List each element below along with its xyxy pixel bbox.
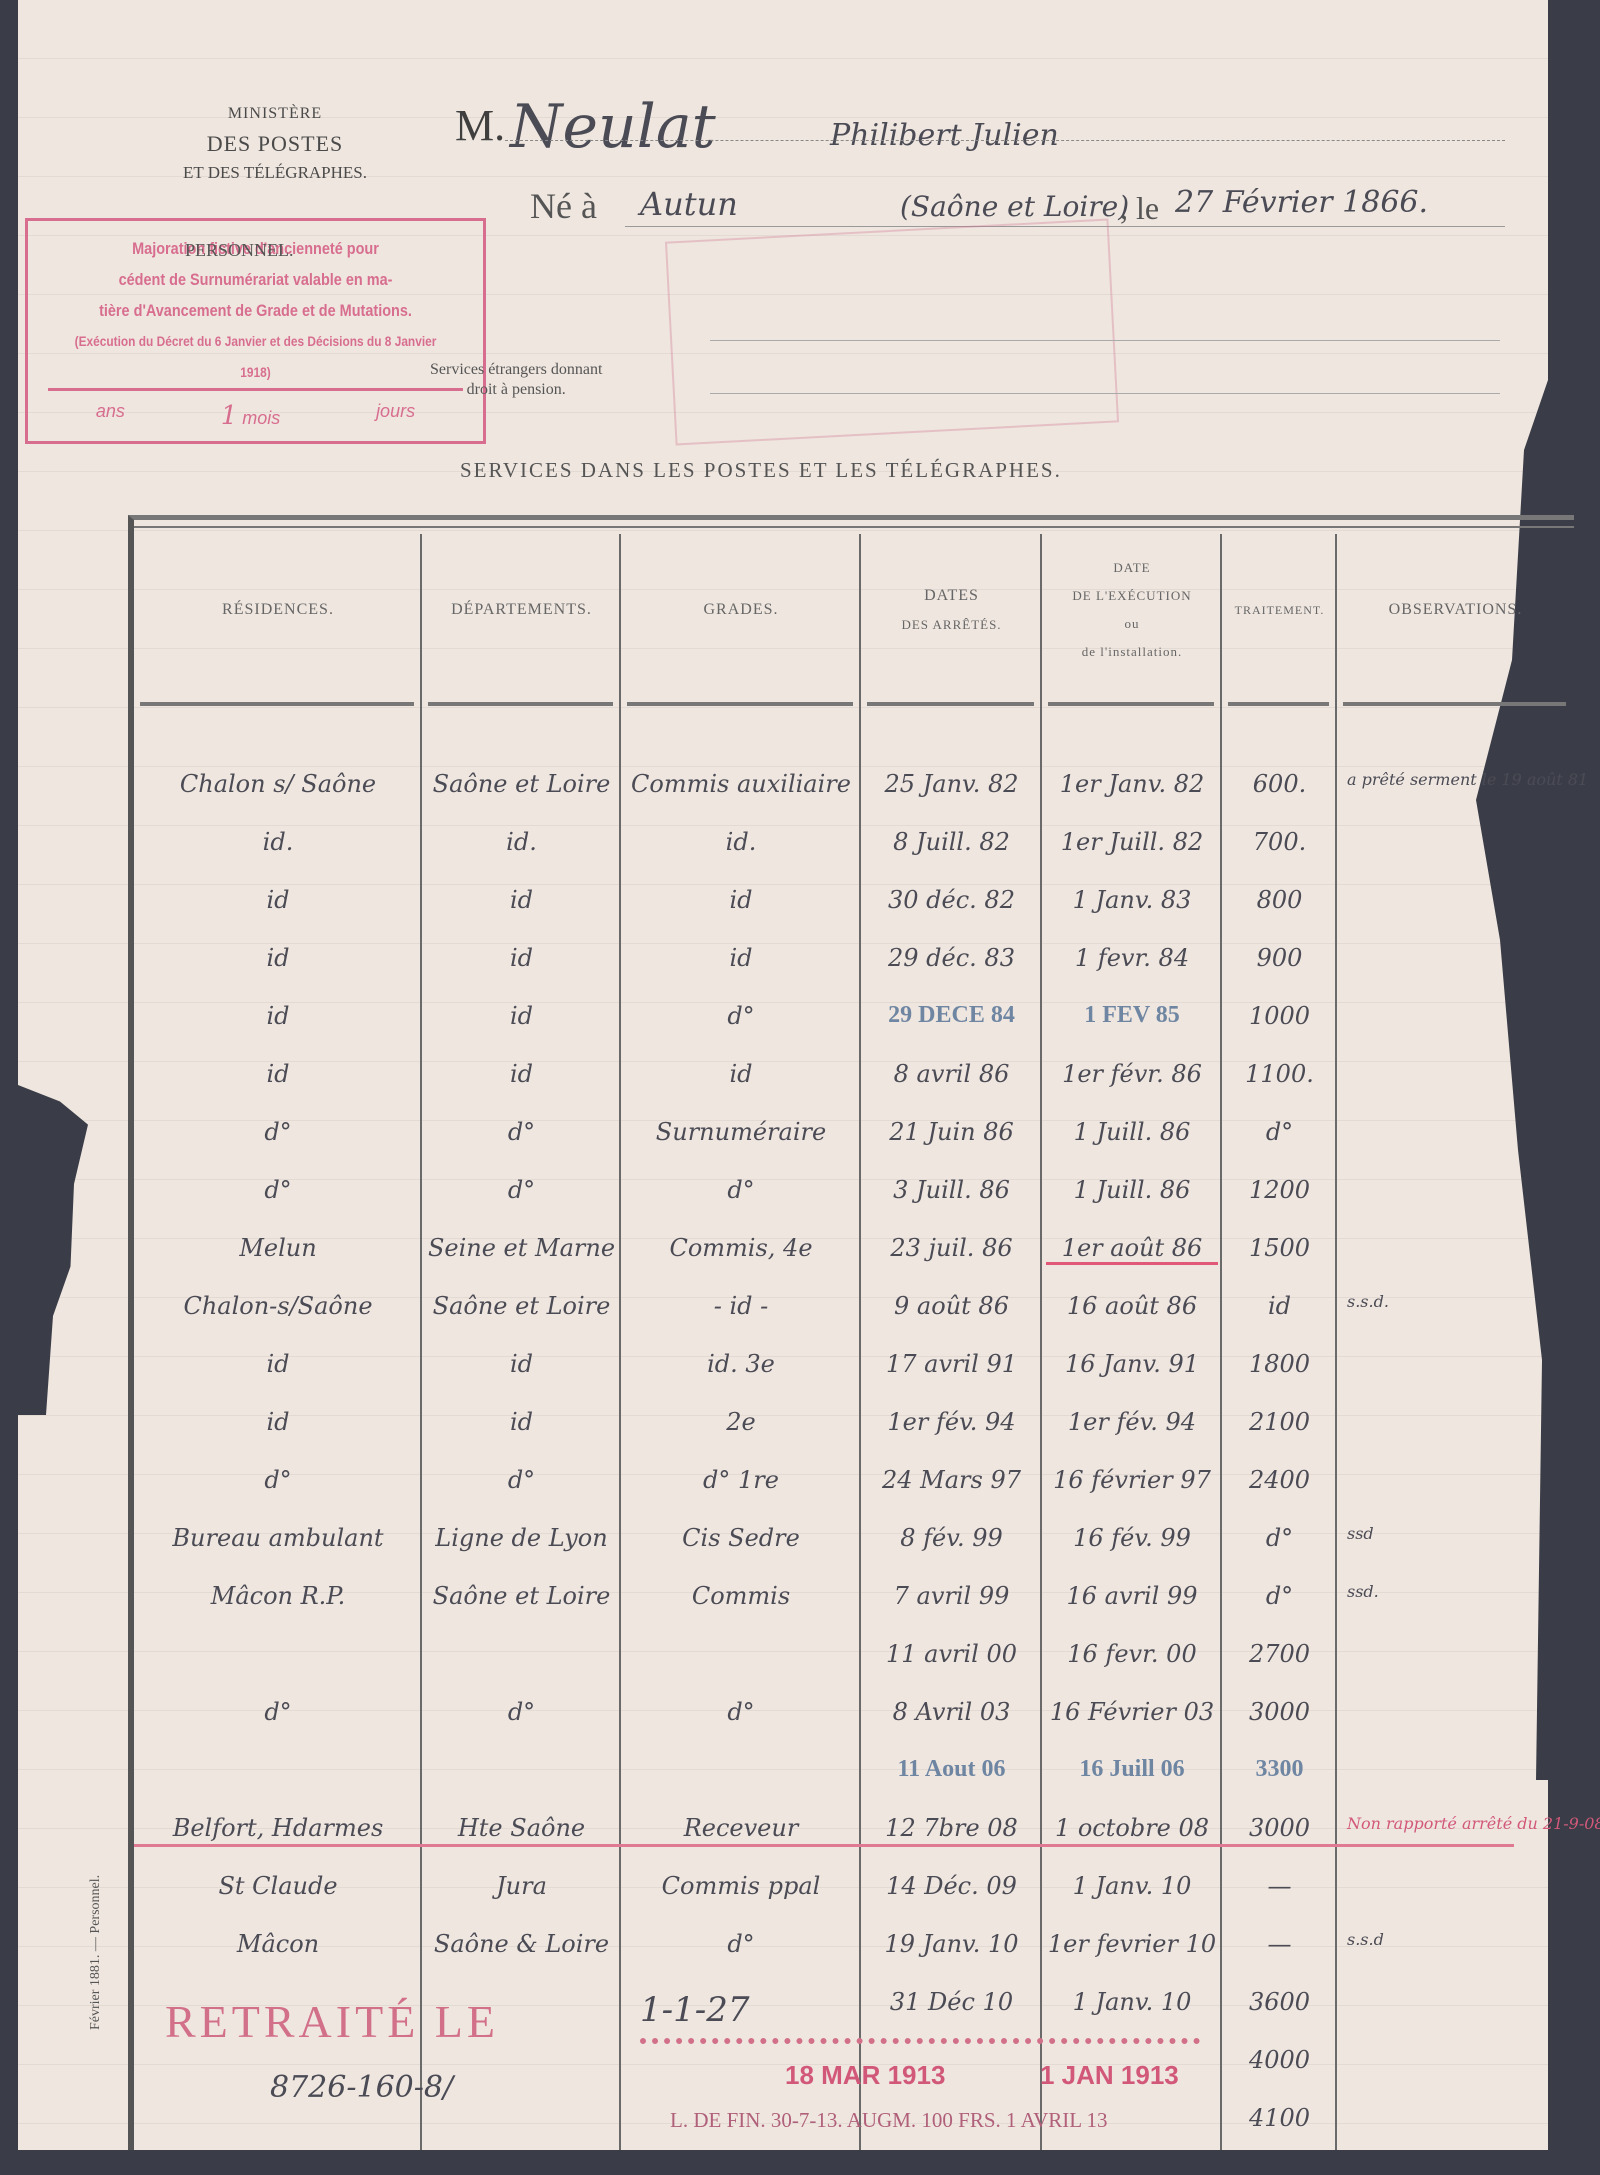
cell-grade: d°: [625, 1002, 857, 1030]
table-row: d°d°Surnuméraire21 Juin 861 Juill. 86d°: [134, 1118, 1574, 1168]
cell-traitement: 2700: [1226, 1640, 1333, 1668]
retraite-date: 1-1-27: [640, 1990, 750, 2030]
cell-date_execution: 1 Janv. 10: [1046, 1872, 1218, 1900]
cell-department: d°: [426, 1118, 617, 1146]
cell-date_arrete: 3 Juill. 86: [865, 1176, 1038, 1204]
cell-date_arrete: 24 Mars 97: [865, 1466, 1038, 1494]
retraite-dotted-line: [640, 2038, 1200, 2044]
cell-department: id: [426, 1060, 617, 1088]
table-row: Chalon s/ SaôneSaône et LoireCommis auxi…: [134, 770, 1574, 820]
cell-traitement: 4100: [1226, 2104, 1333, 2132]
cell-date_execution: 16 Janv. 91: [1046, 1350, 1218, 1378]
header-rule: [1048, 702, 1214, 706]
cell-date_arrete: 11 avril 00: [865, 1640, 1038, 1668]
cell-traitement: 1500: [1226, 1234, 1333, 1262]
cell-date_execution: 16 août 86: [1046, 1292, 1218, 1320]
cell-observations: s.s.d: [1347, 1930, 1576, 1949]
cell-department: id: [426, 1350, 617, 1378]
column-header-text: OBSERVATIONS.: [1389, 601, 1523, 619]
cell-observations: ssd.: [1347, 1582, 1576, 1601]
cell-department: Saône & Loire: [426, 1930, 617, 1958]
cell-date_execution: 1 Janv. 10: [1046, 1988, 1218, 2016]
finance-law-stamp: L. DE FIN. 30-7-13. AUGM. 100 FRS. 1 AVR…: [670, 2108, 1108, 2133]
cell-date_arrete: 23 juil. 86: [865, 1234, 1038, 1262]
cell-traitement: 700.: [1226, 828, 1333, 856]
cell-residence: Belfort, Hdarmes: [138, 1814, 418, 1842]
cell-residence: id: [138, 1350, 418, 1378]
column-header-text: DÉPARTEMENTS.: [451, 601, 592, 619]
cell-residence: id: [138, 1060, 418, 1088]
cell-residence: d°: [138, 1118, 418, 1146]
cell-date_execution: 1er fév. 94: [1046, 1408, 1218, 1436]
ministry-line-3: ET DES TÉLÉGRAPHES.: [140, 163, 410, 183]
cell-department: id: [426, 944, 617, 972]
cell-residence: d°: [138, 1698, 418, 1726]
cell-residence: id: [138, 944, 418, 972]
cell-grade: d°: [625, 1930, 857, 1958]
column-header-grade: GRADES.: [621, 520, 861, 700]
column-header-text: de l'installation.: [1082, 644, 1183, 660]
column-header-text: DATE: [1113, 560, 1150, 576]
cell-date_arrete: 29 DECE 84: [865, 1002, 1038, 1029]
birth-date: 27 Février 1866.: [1175, 185, 1428, 220]
cell-grade: Commis auxiliaire: [625, 770, 857, 798]
column-header-text: DES ARRÊTÉS.: [901, 617, 1001, 633]
cell-observations: s.s.d.: [1347, 1292, 1576, 1311]
cell-department: id: [426, 1002, 617, 1030]
cell-residence: d°: [138, 1466, 418, 1494]
cell-department: Hte Saône: [426, 1814, 617, 1842]
cell-traitement: —: [1226, 1872, 1333, 1900]
retraite-stamp: RETRAITÉ LE: [165, 1995, 499, 2048]
foreign-services-label: Services étrangers donnant droit à pensi…: [430, 360, 602, 400]
mois-label: mois: [242, 408, 280, 428]
cell-date_arrete: 11 Aout 06: [865, 1756, 1038, 1783]
cell-traitement: d°: [1226, 1582, 1333, 1610]
cell-residence: id: [138, 1002, 418, 1030]
cell-date_arrete: 30 déc. 82: [865, 886, 1038, 914]
cell-grade: id: [625, 1060, 857, 1088]
table-row: d°d°d°3 Juill. 861 Juill. 861200: [134, 1176, 1574, 1226]
cell-observations: a prêté serment le 19 août 81: [1347, 770, 1576, 789]
cell-date_execution: 1er Janv. 82: [1046, 770, 1218, 798]
cell-date_execution: 1er fevrier 10: [1046, 1930, 1218, 1958]
column-header-date_arrete: DATESDES ARRÊTÉS.: [861, 520, 1042, 700]
cell-traitement: 3300: [1226, 1756, 1333, 1783]
column-header-residence: RÉSIDENCES.: [134, 520, 422, 700]
cell-traitement: 1200: [1226, 1176, 1333, 1204]
table-row: Bureau ambulantLigne de LyonCis Sedre8 f…: [134, 1524, 1574, 1574]
column-header-department: DÉPARTEMENTS.: [422, 520, 621, 700]
stamp-durations: ans 1 mois jours: [48, 388, 463, 431]
ans-label: ans: [96, 401, 125, 431]
cell-grade: Commis ppal: [625, 1872, 857, 1900]
stamp-line-2: cédent de Surnumérariat valable en ma-: [69, 264, 442, 295]
torn-edge-left: [18, 1085, 88, 1415]
cell-grade: Receveur: [625, 1814, 857, 1842]
cell-residence: St Claude: [138, 1872, 418, 1900]
table-row: Chalon-s/SaôneSaône et Loire- id -9 août…: [134, 1292, 1574, 1342]
column-header-traitement: TRAITEMENT.: [1222, 520, 1337, 700]
table-row: Belfort, HdarmesHte SaôneReceveur12 7bre…: [134, 1814, 1574, 1864]
birth-department: (Saône et Loire): [900, 190, 1129, 223]
services-table: RÉSIDENCES.DÉPARTEMENTS.GRADES.DATESDES …: [128, 515, 1574, 2150]
cell-department: Saône et Loire: [426, 1582, 617, 1610]
column-header-observations: OBSERVATIONS.: [1337, 520, 1574, 700]
table-row: d°d°d° 1re24 Mars 9716 février 972400: [134, 1466, 1574, 1516]
cell-grade: d° 1re: [625, 1466, 857, 1494]
cell-grade: Commis, 4e: [625, 1234, 857, 1262]
header-rule: [1228, 702, 1329, 706]
cell-date_execution: 1 Juill. 86: [1046, 1176, 1218, 1204]
table-row: ididid. 3e17 avril 9116 Janv. 911800: [134, 1350, 1574, 1400]
cell-date_arrete: 31 Déc 10: [865, 1988, 1038, 2016]
cell-grade: id: [625, 944, 857, 972]
cell-date_arrete: 19 Janv. 10: [865, 1930, 1038, 1958]
cell-date_execution: 16 Juill 06: [1046, 1756, 1218, 1783]
cell-date_execution: 1er août 86: [1046, 1234, 1218, 1265]
table-row: St ClaudeJuraCommis ppal14 Déc. 091 Janv…: [134, 1872, 1574, 1922]
cell-grade: d°: [625, 1176, 857, 1204]
cell-department: Ligne de Lyon: [426, 1524, 617, 1552]
cell-date_execution: 1 octobre 08: [1046, 1814, 1218, 1842]
cell-department: Seine et Marne: [426, 1234, 617, 1262]
cell-department: d°: [426, 1466, 617, 1494]
cell-date_execution: 1er févr. 86: [1046, 1060, 1218, 1088]
cell-traitement: 3600: [1226, 1988, 1333, 2016]
table-row: MelunSeine et MarneCommis, 4e23 juil. 86…: [134, 1234, 1574, 1284]
cell-date_arrete: 25 Janv. 82: [865, 770, 1038, 798]
cell-residence: Chalon-s/Saône: [138, 1292, 418, 1320]
january-1913-stamp: 1 JAN 1913: [1040, 2060, 1179, 2091]
cell-residence: Mâcon R.P.: [138, 1582, 418, 1610]
cell-department: id: [426, 1408, 617, 1436]
cell-residence: Melun: [138, 1234, 418, 1262]
cell-traitement: 2100: [1226, 1408, 1333, 1436]
cell-date_arrete: 1er fév. 94: [865, 1408, 1038, 1436]
section-title: SERVICES DANS LES POSTES ET LES TÉLÉGRAP…: [460, 458, 1062, 483]
cell-date_arrete: 8 fév. 99: [865, 1524, 1038, 1552]
column-header-text: GRADES.: [703, 601, 778, 619]
table-row: 11 Aout 0616 Juill 063300: [134, 1756, 1574, 1806]
personnel-label: PERSONNEL.: [185, 240, 294, 261]
cell-grade: id.: [625, 828, 857, 856]
cell-observations: ssd: [1347, 1524, 1576, 1543]
cell-department: id.: [426, 828, 617, 856]
table-row: ididd°29 DECE 841 FEV 851000: [134, 1002, 1574, 1052]
cell-date_arrete: 21 Juin 86: [865, 1118, 1038, 1146]
cell-traitement: —: [1226, 1930, 1333, 1958]
table-row: Mâcon R.P.Saône et LoireCommis7 avril 99…: [134, 1582, 1574, 1632]
cell-residence: id: [138, 886, 418, 914]
header-rule: [1343, 702, 1566, 706]
foreign-services-line-1: Services étrangers donnant: [430, 360, 602, 380]
table-row: MâconSaône & Loired°19 Janv. 101er fevri…: [134, 1930, 1574, 1980]
cell-date_arrete: 14 Déc. 09: [865, 1872, 1038, 1900]
cell-traitement: 4000: [1226, 2046, 1333, 2074]
cell-date_arrete: 12 7bre 08: [865, 1814, 1038, 1842]
cell-date_execution: 16 avril 99: [1046, 1582, 1218, 1610]
march-1913-stamp: 18 MAR 1913: [785, 2060, 945, 2091]
cell-traitement: 3000: [1226, 1698, 1333, 1726]
cell-department: d°: [426, 1176, 617, 1204]
cell-date_execution: 1 FEV 85: [1046, 1002, 1218, 1029]
column-header-text: ou: [1125, 616, 1140, 632]
header-rule: [428, 702, 613, 706]
table-row: ididid8 avril 861er févr. 861100.: [134, 1060, 1574, 1110]
name-underline: [505, 140, 1505, 141]
cell-date_execution: 16 fevr. 00: [1046, 1640, 1218, 1668]
cell-date_arrete: 29 déc. 83: [865, 944, 1038, 972]
stamp-line-3: tière d'Avancement de Grade et de Mutati…: [69, 295, 442, 326]
column-header-text: DATES: [924, 587, 979, 605]
table-row: 11 avril 0016 fevr. 002700: [134, 1640, 1574, 1690]
cell-date_arrete: 8 Juill. 82: [865, 828, 1038, 856]
surname: Neulat: [510, 92, 716, 162]
cell-traitement: d°: [1226, 1524, 1333, 1552]
side-print: Février 1881. — Personnel.: [88, 1875, 104, 2030]
mois-value: 1: [221, 401, 238, 431]
born-label: Né à: [530, 185, 597, 227]
ministry-line-2: DES POSTES: [140, 131, 410, 157]
strike-through-line: [134, 1844, 1514, 1847]
cell-department: Saône et Loire: [426, 1292, 617, 1320]
le-label: , le: [1120, 190, 1159, 227]
jours-label: jours: [376, 401, 415, 431]
birthplace: Autun: [640, 185, 738, 223]
foreign-services-lines: [710, 340, 1500, 446]
cell-traitement: 3000: [1226, 1814, 1333, 1842]
table-row: ididid29 déc. 831 fevr. 84900: [134, 944, 1574, 994]
stamp-line-4: (Exécution du Décret du 6 Janvier et des…: [69, 326, 442, 388]
cell-residence: Bureau ambulant: [138, 1524, 418, 1552]
cell-department: Jura: [426, 1872, 617, 1900]
cell-traitement: id: [1226, 1292, 1333, 1320]
pension-code: 8726-160-8/: [270, 2070, 453, 2105]
table-row: ididid30 déc. 821 Janv. 83800: [134, 886, 1574, 936]
cell-grade: id. 3e: [625, 1350, 857, 1378]
header-rule: [867, 702, 1034, 706]
cell-grade: - id -: [625, 1292, 857, 1320]
cell-date_execution: 1er Juill. 82: [1046, 828, 1218, 856]
header-rule: [627, 702, 853, 706]
cell-grade: d°: [625, 1698, 857, 1726]
cell-department: d°: [426, 1698, 617, 1726]
header-rule: [140, 702, 414, 706]
column-header-text: RÉSIDENCES.: [222, 601, 334, 619]
cell-traitement: d°: [1226, 1118, 1333, 1146]
table-row: id.id.id.8 Juill. 821er Juill. 82700.: [134, 828, 1574, 878]
table-row: idid2e1er fév. 941er fév. 942100: [134, 1408, 1574, 1458]
cell-residence: id.: [138, 828, 418, 856]
cell-date_execution: 16 Février 03: [1046, 1698, 1218, 1726]
cell-date_execution: 16 fév. 99: [1046, 1524, 1218, 1552]
cell-traitement: 600.: [1226, 770, 1333, 798]
cell-traitement: 2400: [1226, 1466, 1333, 1494]
cell-residence: id: [138, 1408, 418, 1436]
cell-residence: d°: [138, 1176, 418, 1204]
column-header-date_execution: DATEDE L'EXÉCUTIONoude l'installation.: [1042, 520, 1222, 700]
cell-date_execution: 1 fevr. 84: [1046, 944, 1218, 972]
cell-grade: id: [625, 886, 857, 914]
foreign-services-line-2: droit à pension.: [430, 380, 602, 400]
cell-grade: Cis Sedre: [625, 1524, 857, 1552]
cell-traitement: 900: [1226, 944, 1333, 972]
ministry-heading: MINISTÈRE DES POSTES ET DES TÉLÉGRAPHES.: [140, 105, 410, 183]
cell-traitement: 1100.: [1226, 1060, 1333, 1088]
cell-grade: Commis: [625, 1582, 857, 1610]
cell-residence: Chalon s/ Saône: [138, 770, 418, 798]
cell-grade: 2e: [625, 1408, 857, 1436]
cell-date_execution: 16 février 97: [1046, 1466, 1218, 1494]
cell-date_arrete: 7 avril 99: [865, 1582, 1038, 1610]
cell-date_arrete: 9 août 86: [865, 1292, 1038, 1320]
table-row: d°d°d°8 Avril 0316 Février 033000: [134, 1698, 1574, 1748]
cell-traitement: 1000: [1226, 1002, 1333, 1030]
cell-traitement: 800: [1226, 886, 1333, 914]
cell-department: id: [426, 886, 617, 914]
m-label: M.: [455, 100, 505, 151]
cell-date_execution: 1 Juill. 86: [1046, 1118, 1218, 1146]
first-names: Philibert Julien: [830, 118, 1059, 153]
cell-department: Saône et Loire: [426, 770, 617, 798]
cell-date_arrete: 17 avril 91: [865, 1350, 1038, 1378]
cell-traitement: 1800: [1226, 1350, 1333, 1378]
cell-date_arrete: 8 Avril 03: [865, 1698, 1038, 1726]
column-header-text: TRAITEMENT.: [1235, 603, 1325, 618]
column-header-text: DE L'EXÉCUTION: [1072, 588, 1191, 604]
cell-residence: Mâcon: [138, 1930, 418, 1958]
cell-grade: Surnuméraire: [625, 1118, 857, 1146]
cell-date_arrete: 8 avril 86: [865, 1060, 1038, 1088]
cell-date_execution: 1 Janv. 83: [1046, 886, 1218, 914]
ministry-line-1: MINISTÈRE: [140, 105, 410, 123]
cell-observations: Non rapporté arrêté du 21-9-08: [1347, 1814, 1576, 1833]
